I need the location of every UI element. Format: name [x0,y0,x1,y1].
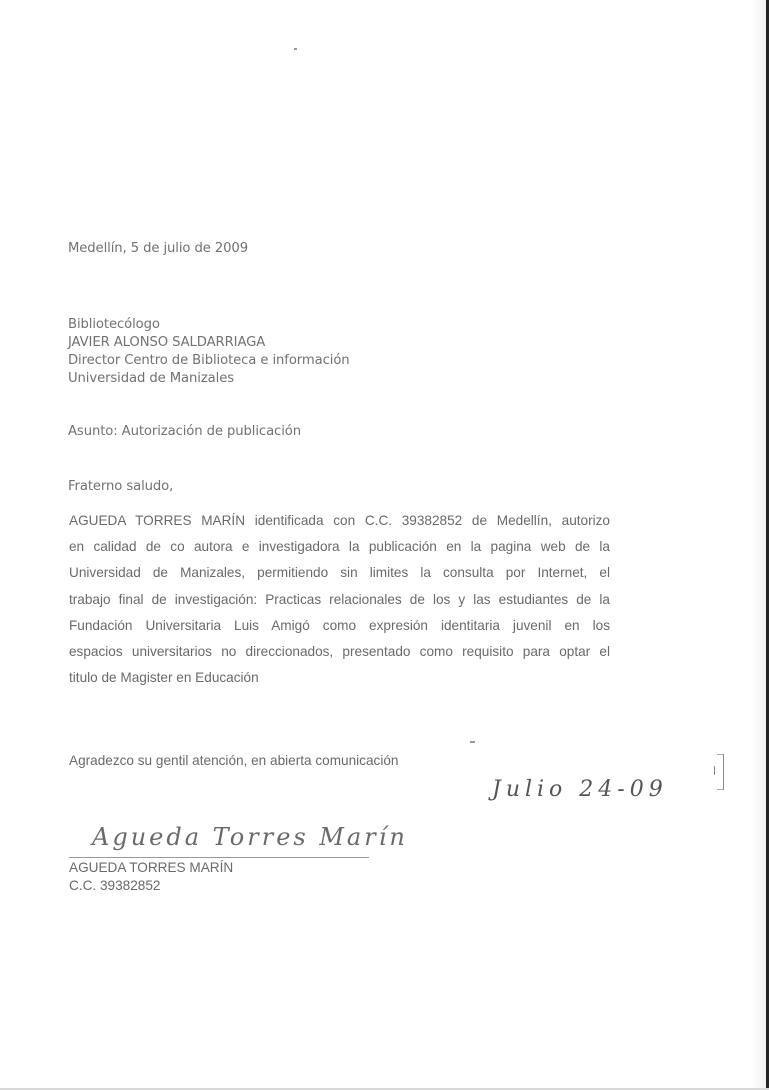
body-line: titulo de Magister en Educación [69,665,610,691]
signature-line [69,857,369,858]
body-line: Universidad de Manizales, permitiendo si… [69,560,610,586]
scan-speck [294,48,297,50]
scan-speck [470,741,475,743]
handwritten-signature: Agueda Torres Marín [92,823,408,851]
body-line: AGUEDA TORRES MARÍN identificada con C.C… [69,508,610,534]
greeting: Fraterno saludo, [68,479,173,494]
closing-line: Agradezco su gentil atención, en abierta… [69,753,398,768]
signer-id: C.C. 39382852 [69,878,160,893]
subject-line: Asunto: Autorización de publicación [68,424,301,439]
letter-body: AGUEDA TORRES MARÍN identificada con C.C… [69,508,610,691]
signer-name: AGUEDA TORRES MARÍN [69,860,233,875]
body-line: espacios universitarios no direccionados… [69,639,610,665]
recipient-position: Director Centro de Biblioteca e informac… [68,352,350,370]
scan-edge-shadow [752,0,766,1090]
scan-mark [714,766,715,775]
recipient-name: JAVIER ALONSO SALDARRIAGA [68,334,265,352]
recipient-institution: Universidad de Manizales [68,370,234,388]
body-line: en calidad de co autora e investigadora … [69,534,610,560]
place-date: Medellín, 5 de julio de 2009 [68,241,248,256]
scan-bracket-mark [717,754,724,790]
handwritten-date: Julio 24-09 [492,777,668,802]
body-line: Fundación Universitaria Luis Amigó como … [69,613,610,639]
scanned-letter-page: Medellín, 5 de julio de 2009 Bibliotecól… [0,0,769,1090]
recipient-title: Bibliotecólogo [68,316,160,334]
body-line: trabajo final de investigación: Practica… [69,587,610,613]
